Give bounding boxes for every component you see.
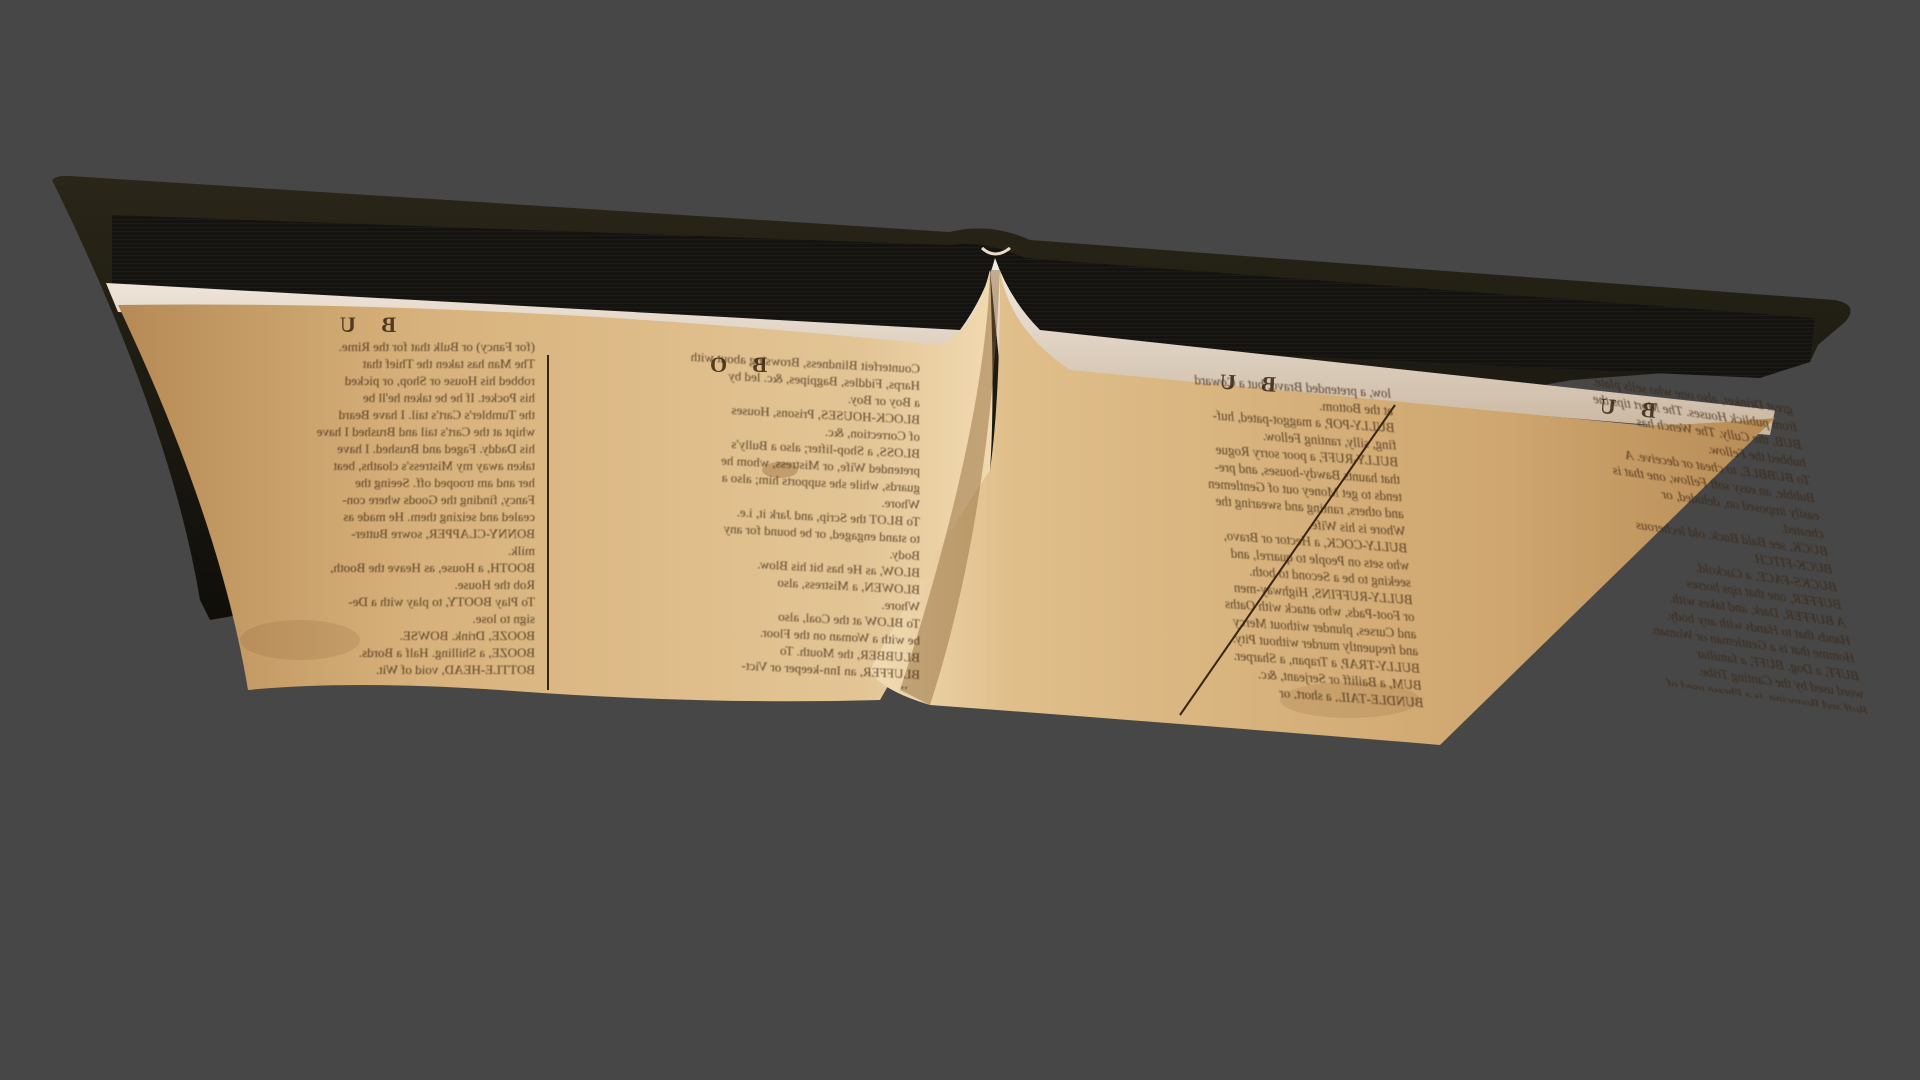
text-column-right-1: low, a pretended Bravo, but a Coward at …	[1031, 360, 1424, 708]
running-head-left-page-col1: B U	[330, 312, 396, 338]
book-render-scene: B U B O B U B U (for Fancy) or Bulk that…	[0, 0, 1920, 1080]
text-column-left-2: Counterfeit Blindness, Browsing about wi…	[560, 341, 920, 690]
text-column-left-1: (for Fancy) or Bulk that for the Rime. T…	[155, 338, 535, 678]
